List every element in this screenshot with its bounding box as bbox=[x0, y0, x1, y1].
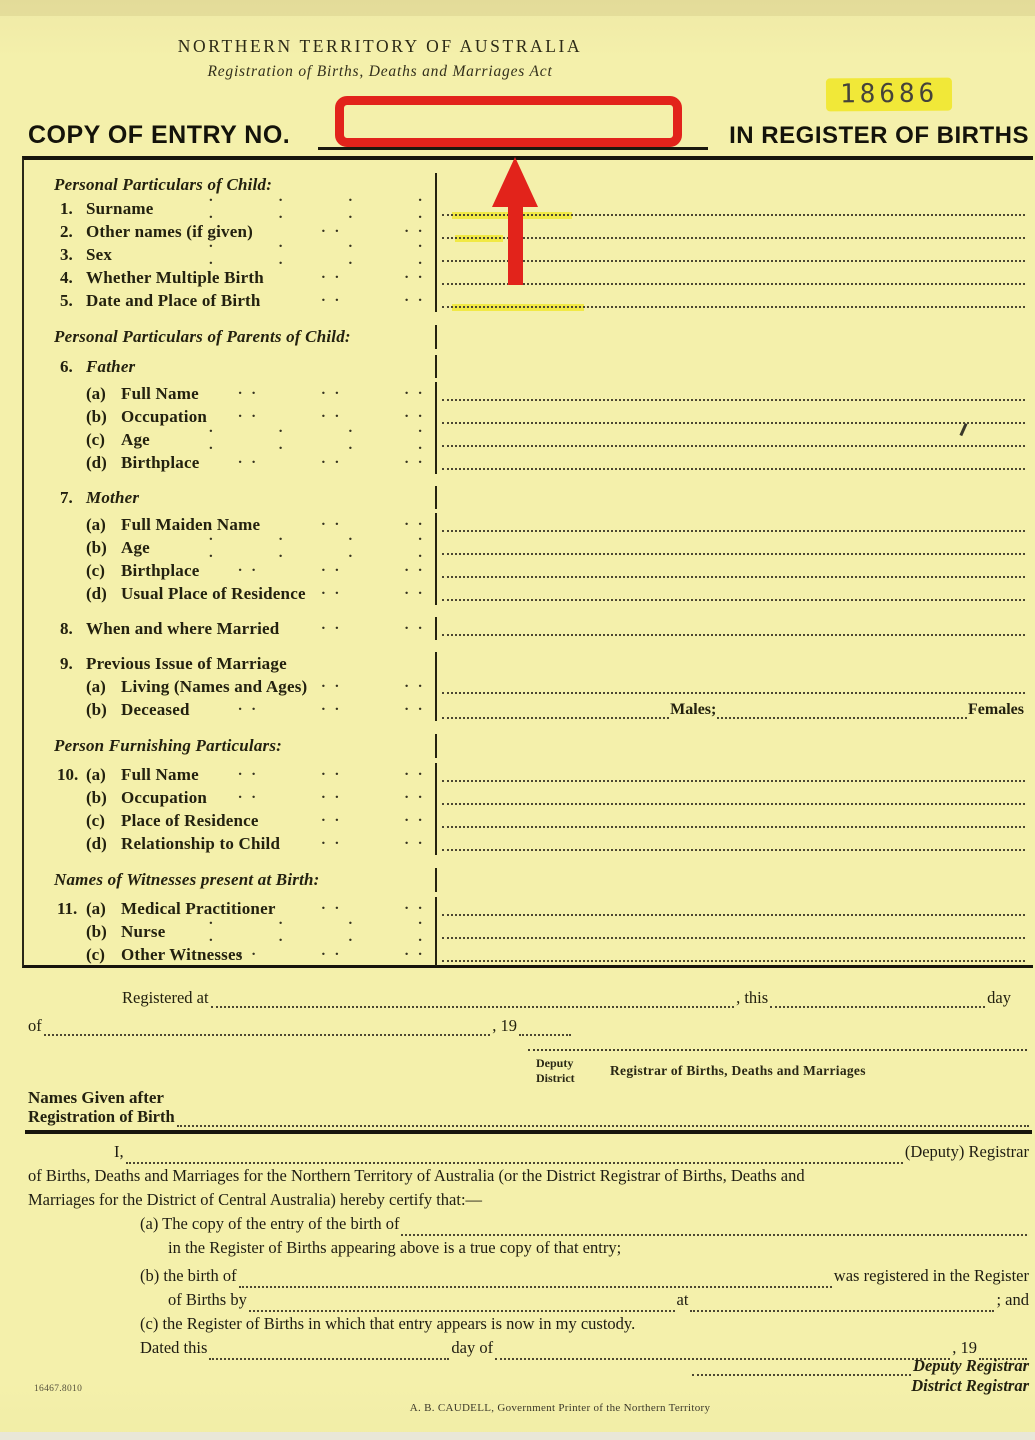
blank-entry-line bbox=[44, 1021, 491, 1036]
entry-field-cell bbox=[435, 943, 1033, 966]
certification-text-line3: Marriages for the District of Central Au… bbox=[28, 1188, 1029, 1212]
form-row: (c)Place of Residence. .. . bbox=[24, 809, 1033, 832]
i-label: I, bbox=[114, 1140, 124, 1164]
field-label-cell: 5.Date and Place of Birth. .. . bbox=[24, 289, 435, 312]
field-label-cell: 1.Surname. .. .. .. . bbox=[24, 197, 435, 220]
blank-entry-line bbox=[442, 914, 1025, 916]
entry-field-cell bbox=[435, 920, 1033, 943]
leader-dot-pair: . . bbox=[238, 943, 258, 960]
paper-top-shade bbox=[0, 0, 1035, 16]
field-label-cell: (b)Nurse. .. .. .. . bbox=[24, 920, 435, 943]
form-row: 8.When and where Married. .. . bbox=[24, 617, 1033, 640]
of-label: of bbox=[28, 1016, 42, 1036]
blank-entry-line bbox=[442, 826, 1025, 828]
arrow-shaft bbox=[508, 207, 523, 285]
leader-dots: . .. . bbox=[209, 220, 425, 243]
field-number: 8. bbox=[60, 619, 86, 639]
leader-dot-pair: . . bbox=[322, 786, 342, 803]
leader-dot-pair: . . bbox=[349, 420, 356, 454]
registered-at-line: Registered at , this day bbox=[122, 988, 1011, 1008]
blank-entry-line bbox=[442, 306, 1025, 308]
leader-dots: . .. .. .. . bbox=[209, 428, 425, 451]
field-label: Occupation bbox=[121, 788, 207, 808]
females-label: Females bbox=[967, 701, 1025, 719]
leader-dots: . .. .. .. . bbox=[209, 536, 425, 559]
field-number: 5. bbox=[60, 291, 86, 311]
field-label-cell: (b)Occupation. .. .. . bbox=[24, 405, 435, 428]
leader-dots: . .. .. . bbox=[209, 405, 425, 428]
leader-dot-pair: . . bbox=[418, 189, 425, 223]
section-heading-label: Personal Particulars of Parents of Child… bbox=[54, 327, 351, 347]
field-label-cell: (c)Other Witnesses. .. .. . bbox=[24, 943, 435, 966]
blank-entry-line bbox=[442, 803, 1025, 805]
form-row: (a)Full Name. .. .. . bbox=[24, 382, 1033, 405]
field-number: (c) bbox=[86, 811, 121, 831]
blank-entry-line bbox=[442, 780, 1025, 782]
form-row: (b)Occupation. .. .. . bbox=[24, 405, 1033, 428]
leader-dot-pair: . . bbox=[322, 943, 342, 960]
registrar-signature-line bbox=[528, 1049, 1027, 1051]
field-label-cell: 9.Previous Issue of Marriage bbox=[24, 652, 435, 675]
blank-entry-line bbox=[442, 576, 1025, 578]
blank-entry-line bbox=[442, 422, 1025, 424]
blank-entry-line bbox=[717, 703, 967, 719]
leader-dots: . .. .. . bbox=[209, 763, 425, 786]
act-subtitle: Registration of Births, Deaths and Marri… bbox=[160, 63, 600, 81]
certification-section: I, (Deputy) Registrar of Births, Deaths … bbox=[28, 1140, 1029, 1360]
form-header: NORTHERN TERRITORY OF AUSTRALIA Registra… bbox=[160, 36, 600, 81]
leader-dots: . .. . bbox=[209, 513, 425, 536]
leader-dot-pair: . . bbox=[209, 528, 216, 562]
blank-entry-line bbox=[249, 1297, 675, 1312]
entry-field-cell bbox=[435, 289, 1033, 312]
form-row: (d)Usual Place of Residence. .. . bbox=[24, 582, 1033, 605]
field-number: (c) bbox=[86, 945, 121, 965]
annotation-red-box bbox=[335, 96, 682, 147]
entry-field-cell bbox=[435, 405, 1033, 428]
leader-dots: . .. .. .. . bbox=[209, 197, 425, 220]
arrow-head bbox=[492, 157, 538, 207]
males-label: Males; bbox=[669, 701, 717, 719]
entry-field-cell bbox=[435, 428, 1033, 451]
names-given-section: Names Given after Registration of Birth bbox=[28, 1088, 1031, 1127]
entry-field-cell bbox=[435, 809, 1033, 832]
names-given-label-2: Registration of Birth bbox=[28, 1107, 175, 1127]
district-registrar-label: District Registrar bbox=[690, 1376, 1029, 1396]
blank-entry-line bbox=[442, 703, 669, 719]
blank-entry-line bbox=[177, 1112, 1029, 1127]
field-label-cell: (c)Age. .. .. .. . bbox=[24, 428, 435, 451]
leader-dot-pair: . . bbox=[322, 220, 342, 237]
entry-field-cell bbox=[435, 582, 1033, 605]
leader-dot-pair: . . bbox=[279, 528, 286, 562]
blank-entry-line bbox=[519, 1021, 571, 1036]
field-label: Previous Issue of Marriage bbox=[86, 654, 287, 674]
leader-dot-pair: . . bbox=[349, 528, 356, 562]
field-label: Birthplace bbox=[121, 561, 200, 581]
dated-this-label: Dated this bbox=[140, 1336, 207, 1360]
certification-text-line2: of Births, Deaths and Marriages for the … bbox=[28, 1164, 1029, 1188]
form-row: (c)Other Witnesses. .. .. . bbox=[24, 943, 1033, 966]
leader-dot-pair: . . bbox=[405, 559, 425, 576]
entry-field-cell bbox=[435, 382, 1033, 405]
clause-b2-suffix: ; and bbox=[996, 1288, 1029, 1312]
field-label-cell: 7.Mother bbox=[24, 486, 435, 509]
field-label-cell: 11.(a)Medical Practitioner. .. . bbox=[24, 897, 435, 920]
entry-field-cell bbox=[435, 559, 1033, 582]
field-subnumber: (a) bbox=[86, 765, 121, 785]
entry-field-cell bbox=[435, 536, 1033, 559]
field-number: (a) bbox=[86, 515, 121, 535]
leader-dots: . .. . bbox=[209, 675, 425, 698]
leader-dots: . .. .. . bbox=[209, 786, 425, 809]
leader-dot-pair: . . bbox=[405, 763, 425, 780]
leader-dot-pair: . . bbox=[322, 832, 342, 849]
field-label-cell: (a)Full Maiden Name. .. . bbox=[24, 513, 435, 536]
form-row: (d)Relationship to Child. .. . bbox=[24, 832, 1033, 855]
field-number: 11. bbox=[57, 899, 86, 919]
leader-dot-pair: . . bbox=[405, 832, 425, 849]
leader-dot-pair: . . bbox=[209, 189, 216, 223]
form-row: (b)Nurse. .. .. .. . bbox=[24, 920, 1033, 943]
section-heading-label: Person Furnishing Particulars: bbox=[54, 736, 282, 756]
deputy-registrar-suffix: (Deputy) Registrar bbox=[905, 1140, 1029, 1164]
section-divider-rule bbox=[25, 1130, 1032, 1134]
form-row: (c)Birthplace. .. .. . bbox=[24, 559, 1033, 582]
leader-dot-pair: . . bbox=[405, 698, 425, 715]
leader-dot-pair: . . bbox=[279, 912, 286, 946]
blank-entry-line bbox=[442, 960, 1025, 962]
field-label-cell: 10.(a)Full Name. .. .. . bbox=[24, 763, 435, 786]
clause-b2-mid: at bbox=[677, 1288, 689, 1312]
leader-dot-pair: . . bbox=[322, 382, 342, 399]
field-number: 3. bbox=[60, 245, 86, 265]
day-label: day bbox=[987, 988, 1011, 1008]
field-label: Surname bbox=[86, 199, 154, 219]
leader-dot-pair: . . bbox=[405, 675, 425, 692]
form-row: (a)Full Maiden Name. .. . bbox=[24, 513, 1033, 536]
field-number: (b) bbox=[86, 788, 121, 808]
leader-dot-pair: . . bbox=[279, 235, 286, 269]
field-number: (d) bbox=[86, 834, 121, 854]
deputy-district-labels: Deputy District bbox=[536, 1056, 575, 1086]
scan-edge bbox=[0, 1432, 1035, 1440]
leader-dot-pair: . . bbox=[322, 698, 342, 715]
field-label: Birthplace bbox=[121, 453, 200, 473]
leader-dot-pair: . . bbox=[418, 528, 425, 562]
blank-entry-line bbox=[442, 468, 1025, 470]
field-label-cell: (d)Relationship to Child. .. . bbox=[24, 832, 435, 855]
entry-number-value: 18686 bbox=[826, 78, 953, 112]
field-label: Sex bbox=[86, 245, 112, 265]
leader-dot-pair: . . bbox=[279, 189, 286, 223]
field-number: (a) bbox=[86, 384, 121, 404]
form-row: (c)Age. .. .. .. . bbox=[24, 428, 1033, 451]
leader-dot-pair: . . bbox=[322, 617, 342, 634]
entry-field-cell bbox=[435, 513, 1033, 536]
field-number: (b) bbox=[86, 922, 121, 942]
entry-field-cell bbox=[435, 325, 1033, 349]
field-label: Father bbox=[86, 357, 135, 377]
day-of-label: day of bbox=[451, 1336, 493, 1360]
blank-entry-line bbox=[442, 599, 1025, 601]
entry-field-cell bbox=[435, 786, 1033, 809]
year-label: , 19 bbox=[492, 1016, 517, 1036]
leader-dot-pair: . . bbox=[322, 763, 342, 780]
form-code: 16467.8010 bbox=[34, 1384, 82, 1394]
field-label-cell: (c)Place of Residence. .. . bbox=[24, 809, 435, 832]
field-label-cell: (d)Birthplace. .. .. . bbox=[24, 451, 435, 474]
blank-entry-line bbox=[126, 1149, 903, 1164]
leader-dot-pair: . . bbox=[418, 235, 425, 269]
males-females-line: Males;Females bbox=[437, 698, 1033, 721]
field-label: Occupation bbox=[121, 407, 207, 427]
clause-b2-text: of Births by bbox=[168, 1288, 247, 1312]
leader-dot-pair: . . bbox=[209, 420, 216, 454]
field-label-cell: 2.Other names (if given). .. . bbox=[24, 220, 435, 243]
field-label: Age bbox=[121, 430, 150, 450]
field-number: 9. bbox=[60, 654, 86, 674]
field-number: (c) bbox=[86, 430, 121, 450]
registered-at-label: Registered at bbox=[122, 988, 209, 1008]
form-row: (a)Living (Names and Ages). .. . bbox=[24, 675, 1033, 698]
field-number: (c) bbox=[86, 561, 121, 581]
leader-dot-pair: . . bbox=[322, 897, 342, 914]
leader-dot-pair: . . bbox=[279, 420, 286, 454]
entry-field-cell bbox=[435, 868, 1033, 892]
leader-dot-pair: . . bbox=[405, 451, 425, 468]
leader-dot-pair: . . bbox=[349, 912, 356, 946]
names-given-label-1: Names Given after bbox=[28, 1088, 1031, 1107]
blank-entry-line bbox=[442, 937, 1025, 939]
field-label-cell: Person Furnishing Particulars: bbox=[24, 734, 435, 758]
entry-field-cell bbox=[435, 734, 1033, 758]
field-number: 1. bbox=[60, 199, 86, 219]
annotation-red-arrow bbox=[492, 157, 538, 285]
leader-dot-pair: . . bbox=[418, 420, 425, 454]
section-heading-label: Personal Particulars of Child: bbox=[54, 175, 272, 195]
registered-date-line: of , 19 bbox=[28, 1016, 573, 1036]
blank-entry-line bbox=[442, 399, 1025, 401]
field-label: Mother bbox=[86, 488, 139, 508]
leader-dot-pair: . . bbox=[322, 809, 342, 826]
leader-dot-pair: . . bbox=[405, 266, 425, 283]
field-number: 4. bbox=[60, 268, 86, 288]
form-row: 9.Previous Issue of Marriage bbox=[24, 652, 1033, 675]
leader-dot-pair: . . bbox=[209, 235, 216, 269]
field-label: Full Name bbox=[121, 765, 199, 785]
field-number: (b) bbox=[86, 700, 121, 720]
leader-dots: . .. .. . bbox=[209, 559, 425, 582]
form-row: 10.(a)Full Name. .. .. . bbox=[24, 763, 1033, 786]
copy-of-entry-label: COPY OF ENTRY NO. bbox=[28, 121, 290, 150]
form-row: 5.Date and Place of Birth. .. . bbox=[24, 289, 1033, 312]
leader-dots: . .. . bbox=[209, 289, 425, 312]
entry-field-cell: Males;Females bbox=[435, 698, 1033, 721]
leader-dots: . .. . bbox=[209, 832, 425, 855]
leader-dots: . .. .. . bbox=[209, 698, 425, 721]
field-number: (d) bbox=[86, 584, 121, 604]
deputy-label: Deputy bbox=[536, 1056, 575, 1071]
field-label-cell: 6.Father bbox=[24, 355, 435, 378]
entry-field-cell bbox=[435, 832, 1033, 855]
leader-dots: . .. .. . bbox=[209, 943, 425, 966]
blank-entry-line bbox=[442, 445, 1025, 447]
blank-entry-line bbox=[209, 1345, 449, 1360]
clause-b-text: (b) the birth of bbox=[140, 1264, 237, 1288]
leader-dots: . .. . bbox=[209, 266, 425, 289]
entry-field-cell bbox=[435, 652, 1033, 675]
entry-number-blank-line bbox=[318, 147, 708, 150]
form-row: (b)Occupation. .. .. . bbox=[24, 786, 1033, 809]
form-row: 6.Father bbox=[24, 355, 1033, 378]
section-heading-row: Person Furnishing Particulars: bbox=[24, 734, 1033, 758]
form-row: (b)Age. .. .. .. . bbox=[24, 536, 1033, 559]
field-label: Nurse bbox=[121, 922, 165, 942]
blank-entry-line bbox=[211, 993, 734, 1008]
leader-dot-pair: . . bbox=[322, 451, 342, 468]
leader-dot-pair: . . bbox=[238, 559, 258, 576]
field-number: (d) bbox=[86, 453, 121, 473]
leader-dot-pair: . . bbox=[349, 235, 356, 269]
entry-field-cell bbox=[435, 763, 1033, 786]
leader-dot-pair: . . bbox=[322, 405, 342, 422]
field-label-cell: (b)Age. .. .. .. . bbox=[24, 536, 435, 559]
leader-dot-pair: . . bbox=[405, 786, 425, 803]
entry-field-cell bbox=[435, 451, 1033, 474]
leader-dot-pair: . . bbox=[238, 763, 258, 780]
field-number: 7. bbox=[60, 488, 86, 508]
registrar-title-label: Registrar of Births, Deaths and Marriage… bbox=[610, 1063, 866, 1079]
leader-dot-pair: . . bbox=[238, 451, 258, 468]
field-label-cell: 3.Sex. .. .. .. . bbox=[24, 243, 435, 266]
field-label-cell: (b)Occupation. .. .. . bbox=[24, 786, 435, 809]
district-label: District bbox=[536, 1071, 575, 1086]
field-label-cell: Names of Witnesses present at Birth: bbox=[24, 868, 435, 892]
leader-dots: . .. . bbox=[209, 809, 425, 832]
leader-dots: . .. .. .. . bbox=[209, 920, 425, 943]
clause-c-text: (c) the Register of Births in which that… bbox=[28, 1312, 1029, 1336]
entry-field-cell bbox=[435, 897, 1033, 920]
blank-entry-line bbox=[690, 1297, 994, 1312]
leader-dot-pair: . . bbox=[405, 582, 425, 599]
entry-field-cell bbox=[435, 617, 1033, 640]
leader-dot-pair: . . bbox=[322, 582, 342, 599]
deputy-registrar-label: Deputy Registrar bbox=[913, 1356, 1029, 1376]
registrar-signature-block: Deputy Registrar District Registrar bbox=[690, 1356, 1029, 1396]
leader-dot-pair: . . bbox=[405, 943, 425, 960]
leader-dots: . .. .. .. . bbox=[209, 243, 425, 266]
field-label: Full Name bbox=[121, 384, 199, 404]
blank-entry-line bbox=[442, 634, 1025, 636]
form-row: (d)Birthplace. .. .. . bbox=[24, 451, 1033, 474]
leader-dot-pair: . . bbox=[238, 405, 258, 422]
leader-dots: . .. .. . bbox=[209, 451, 425, 474]
leader-dot-pair: . . bbox=[322, 675, 342, 692]
blank-entry-line bbox=[442, 692, 1025, 694]
clause-b-suffix: was registered in the Register bbox=[834, 1264, 1029, 1288]
field-label-cell: (b)Deceased. .. .. . bbox=[24, 698, 435, 721]
leader-dot-pair: . . bbox=[209, 912, 216, 946]
entry-field-cell bbox=[435, 675, 1033, 698]
leader-dot-pair: . . bbox=[322, 559, 342, 576]
leader-dot-pair: . . bbox=[238, 382, 258, 399]
leader-dots: . .. . bbox=[209, 582, 425, 605]
leader-dot-pair: . . bbox=[238, 698, 258, 715]
form-row: (b)Deceased. .. .. .Males;Females bbox=[24, 698, 1033, 721]
leader-dots: . .. . bbox=[209, 897, 425, 920]
blank-entry-line bbox=[442, 530, 1025, 532]
clause-a-text: (a) The copy of the entry of the birth o… bbox=[140, 1212, 399, 1236]
field-number: (b) bbox=[86, 538, 121, 558]
field-label-cell: (a)Living (Names and Ages). .. . bbox=[24, 675, 435, 698]
field-label: Age bbox=[121, 538, 150, 558]
field-number: (a) bbox=[86, 677, 121, 697]
entry-number: 18686 bbox=[826, 78, 952, 111]
section-heading-row: Personal Particulars of Parents of Child… bbox=[24, 325, 1033, 349]
blank-entry-line bbox=[239, 1273, 832, 1288]
field-label-cell: (c)Birthplace. .. .. . bbox=[24, 559, 435, 582]
blank-entry-line bbox=[442, 849, 1025, 851]
field-label: Deceased bbox=[121, 700, 190, 720]
field-label-cell: (a)Full Name. .. .. . bbox=[24, 382, 435, 405]
clause-a-text-line2: in the Register of Births appearing abov… bbox=[28, 1236, 1029, 1260]
field-number: 2. bbox=[60, 222, 86, 242]
leader-dot-pair: . . bbox=[238, 786, 258, 803]
leader-dot-pair: . . bbox=[349, 189, 356, 223]
section-heading-label: Names of Witnesses present at Birth: bbox=[54, 870, 320, 890]
blank-entry-line bbox=[442, 553, 1025, 555]
section-heading-row: Names of Witnesses present at Birth: bbox=[24, 868, 1033, 892]
field-number: 10. bbox=[57, 765, 86, 785]
field-label-cell: (d)Usual Place of Residence. .. . bbox=[24, 582, 435, 605]
leader-dots: . .. . bbox=[209, 617, 425, 640]
leader-dot-pair: . . bbox=[405, 289, 425, 306]
birth-certificate-form: NORTHERN TERRITORY OF AUSTRALIA Registra… bbox=[0, 0, 1035, 1440]
leader-dot-pair: . . bbox=[322, 289, 342, 306]
leader-dot-pair: . . bbox=[405, 617, 425, 634]
this-label: , this bbox=[736, 988, 768, 1008]
territory-title: NORTHERN TERRITORY OF AUSTRALIA bbox=[160, 36, 600, 57]
leader-dots: . .. .. . bbox=[209, 382, 425, 405]
field-label-cell: 8.When and where Married. .. . bbox=[24, 617, 435, 640]
leader-dot-pair: . . bbox=[418, 912, 425, 946]
leader-dot-pair: . . bbox=[405, 809, 425, 826]
leader-dot-pair: . . bbox=[322, 513, 342, 530]
field-subnumber: (a) bbox=[86, 899, 121, 919]
entry-field-cell bbox=[435, 486, 1033, 509]
form-row: 11.(a)Medical Practitioner. .. . bbox=[24, 897, 1033, 920]
field-label-cell: 4.Whether Multiple Birth. .. . bbox=[24, 266, 435, 289]
entry-field-cell bbox=[435, 355, 1033, 378]
form-row: 7.Mother bbox=[24, 486, 1033, 509]
printer-imprint: A. B. CAUDELL, Government Printer of the… bbox=[300, 1402, 820, 1414]
field-number: (b) bbox=[86, 407, 121, 427]
leader-dot-pair: . . bbox=[322, 266, 342, 283]
blank-entry-line bbox=[401, 1221, 1027, 1236]
field-label-cell: Personal Particulars of Child: bbox=[24, 173, 435, 197]
field-label-cell: Personal Particulars of Parents of Child… bbox=[24, 325, 435, 349]
field-number: 6. bbox=[60, 357, 86, 377]
signature-line bbox=[692, 1361, 911, 1376]
in-register-label: IN REGISTER OF BIRTHS bbox=[729, 122, 1029, 150]
leader-dot-pair: . . bbox=[405, 382, 425, 399]
blank-entry-line bbox=[770, 993, 985, 1008]
